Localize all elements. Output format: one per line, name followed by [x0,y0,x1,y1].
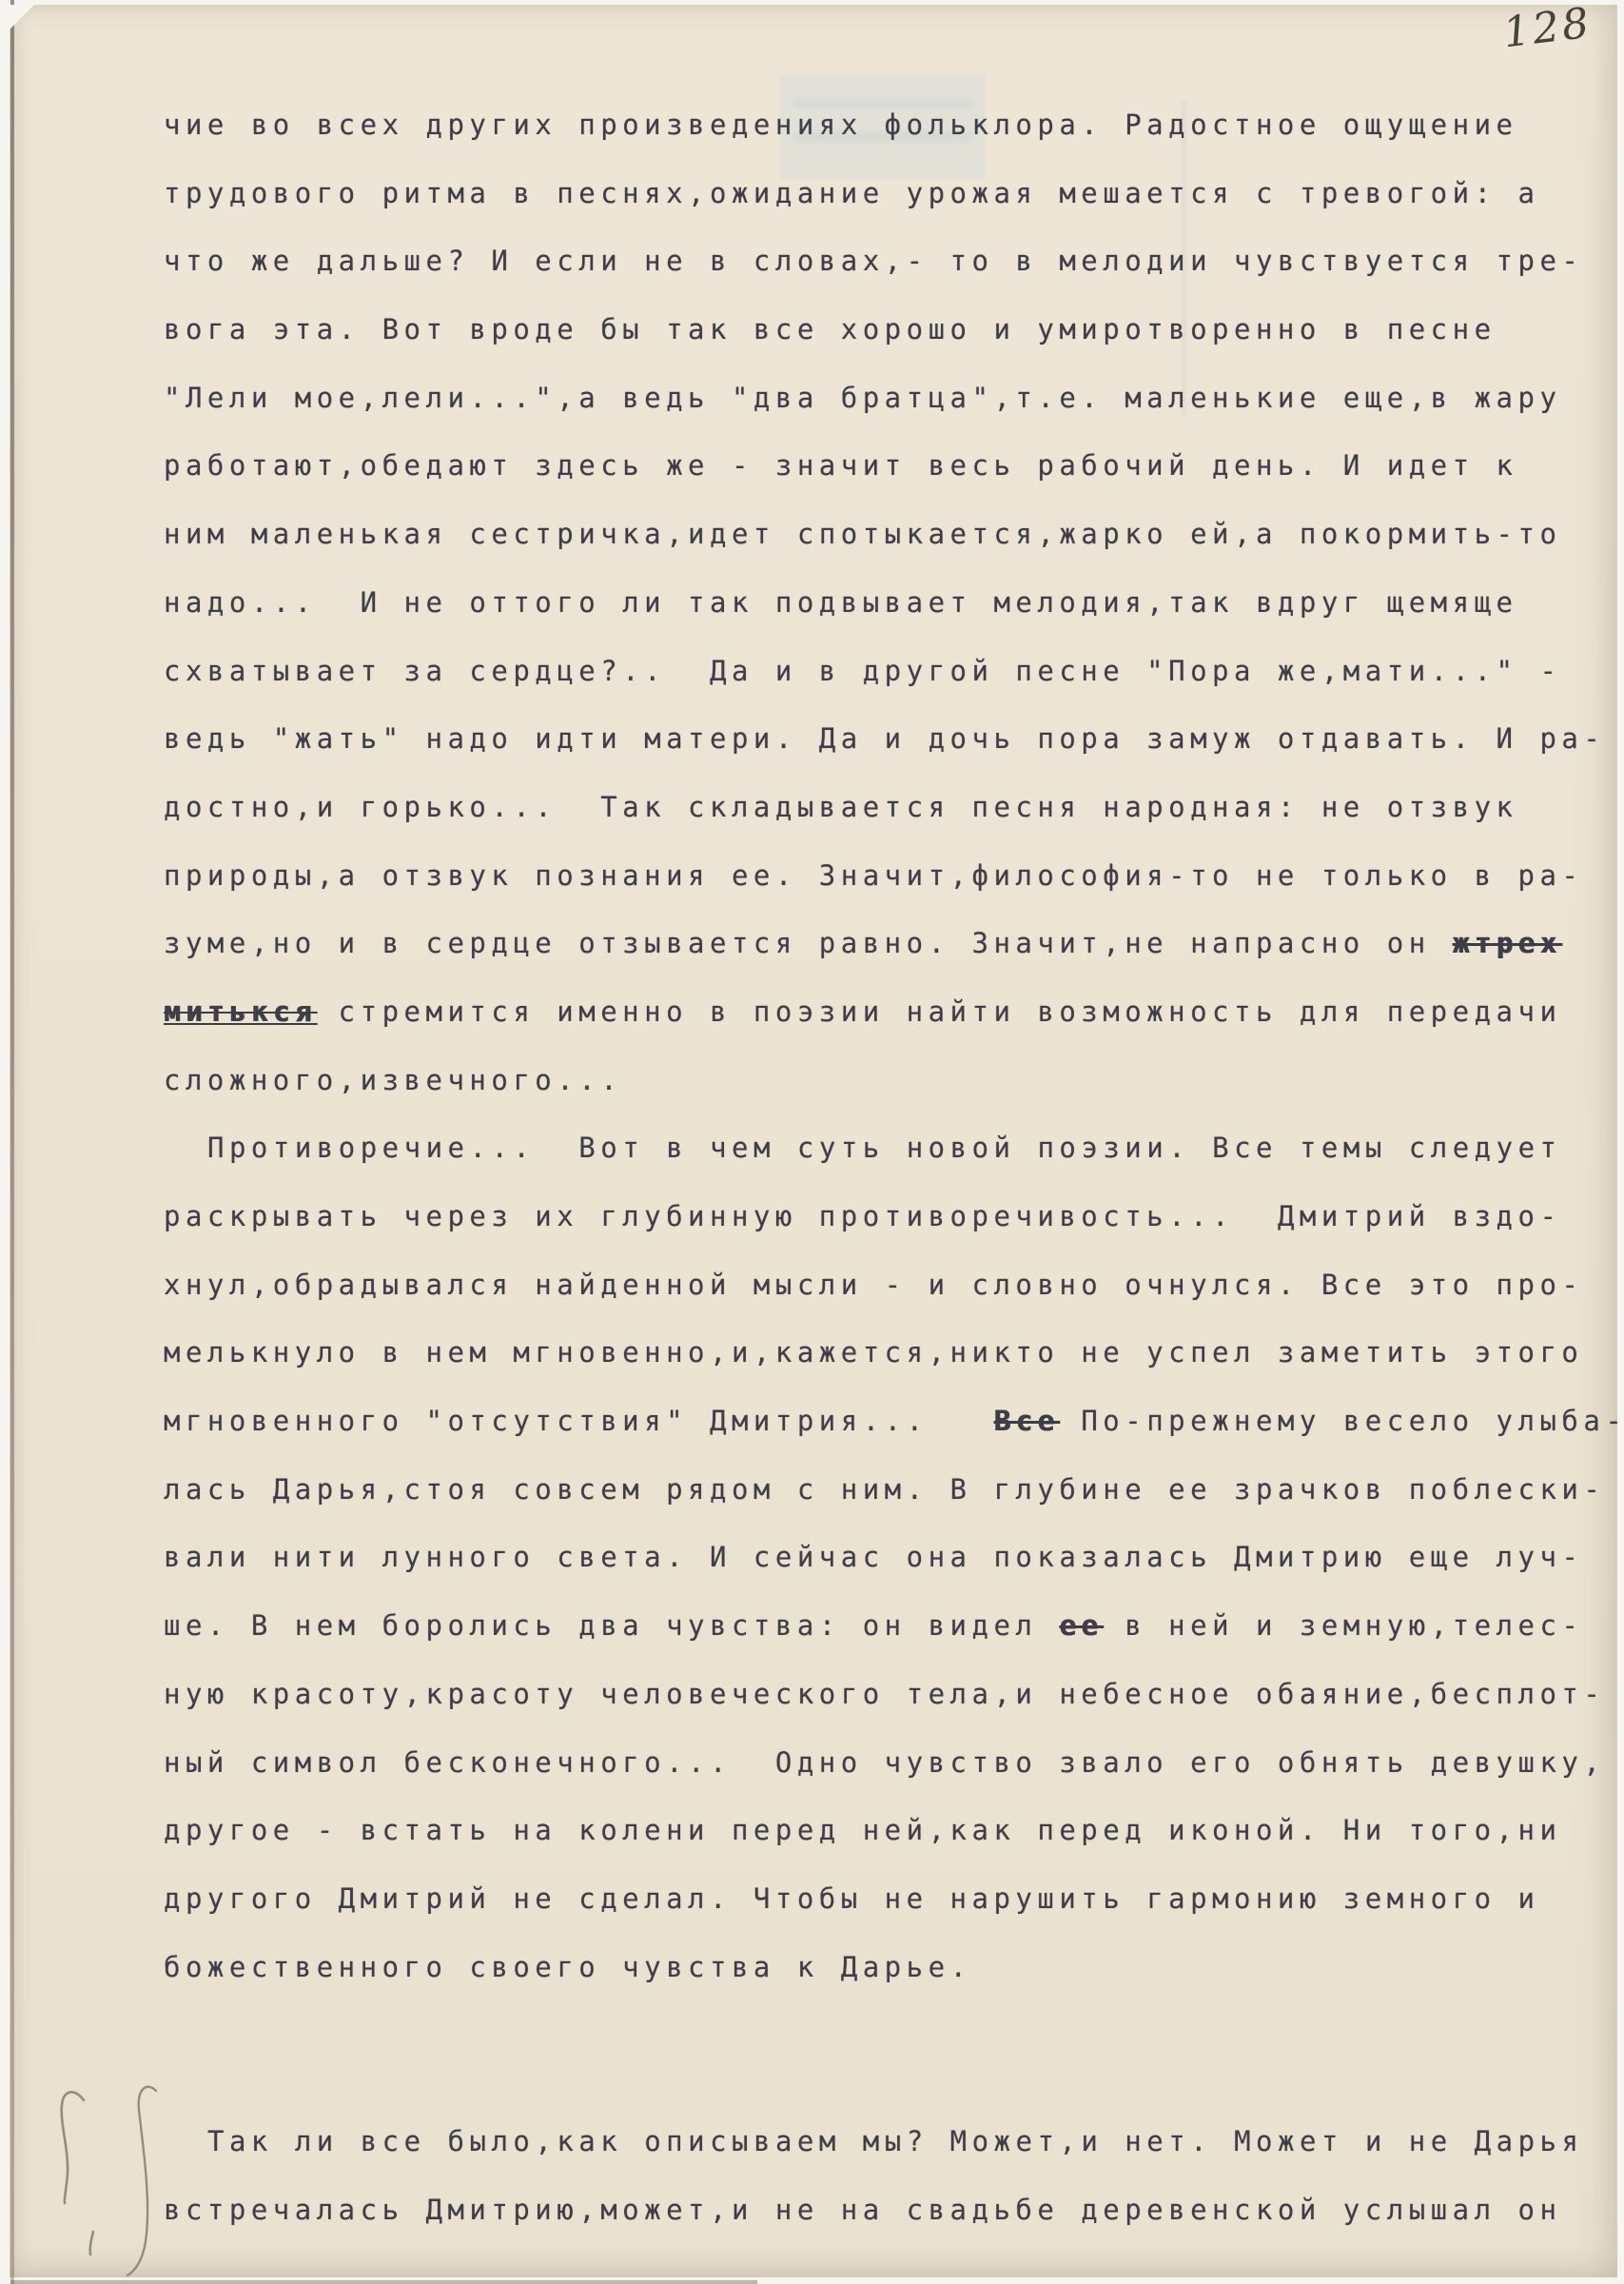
text-line: работают,обедают здесь же - значит весь … [164,432,1624,501]
text-line: сложного,извечного... [164,1047,1624,1115]
text-segment: Противоречие... Вот в чем суть новой поэ… [207,1132,1562,1164]
text-line: вали нити лунного света. И сейчас она по… [164,1524,1624,1592]
text-line: надо... И не оттого ли так подвывает мел… [164,569,1624,638]
text-line: ную красоту,красоту человеческого тела,и… [164,1661,1624,1729]
text-segment: лась Дарья,стоя совсем рядом с ним. В гл… [164,1473,1605,1506]
text-line: хнул,обрадывался найденной мысли - и сло… [164,1251,1624,1320]
scanned-page: { "annotations": { "page_number": "128" … [0,0,1624,2284]
text-line: встречалась Дмитрию,может,и не на свадьб… [164,2176,1624,2245]
text-segment: сложного,извечного... [164,1064,622,1096]
text-line: ше. В нем боролись два чувства: он видел… [164,1592,1624,1661]
document-body: чие во всех других произведениях фолькло… [164,91,1624,2245]
struck-word: митькся [164,995,317,1028]
text-line: достно,и горько... Так складывается песн… [164,774,1624,842]
struck-word: жтрех [1453,927,1562,959]
text-line: божественного своего чувства к Дарье. [164,1934,1624,2002]
scan-edge-left [10,0,14,2284]
struck-word: ее [1059,1609,1103,1642]
text-line: что же дальше? И если не в словах,- то в… [164,227,1624,296]
text-segment: ведь "жать" надо идти матери. Да и дочь … [164,722,1605,755]
text-segment: достно,и горько... Так складывается песн… [164,791,1518,823]
text-line: природы,а отзвук познания ее. Значит,фил… [164,842,1624,911]
text-segment: трудового ритма в песнях,ожидание урожая… [164,177,1539,209]
text-line: другое - встать на колени перед ней,как … [164,1797,1624,1865]
text-segment: раскрывать через их глубинную противореч… [164,1200,1561,1232]
text-line: Так ли все было,как описываем мы? Может,… [164,2108,1624,2176]
text-segment: ше. В нем боролись два чувства: он видел [164,1609,1059,1642]
text-segment: чие во всех других произведениях фолькло… [164,108,1518,141]
text-segment: стремится именно в поэзии найти возможно… [317,995,1562,1028]
text-line: мелькнуло в нем мгновенно,и,кажется,никт… [164,1319,1624,1388]
text-segment: ный символ бесконечного... Одно чувство … [164,1746,1605,1779]
text-line: лась Дарья,стоя совсем рядом с ним. В гл… [164,1456,1624,1525]
text-line: другого Дмитрий не сделал. Чтобы не нару… [164,1865,1624,1934]
text-line: ведь "жать" надо идти матери. Да и дочь … [164,705,1624,774]
text-segment: схватывает за сердце?.. Да и в другой пе… [164,655,1561,687]
paper-corner-cut [10,5,34,30]
text-segment: работают,обедают здесь же - значит весь … [164,449,1518,482]
pencil-margin-marks [55,2079,179,2284]
text-line: вога эта. Вот вроде бы так все хорошо и … [164,296,1624,364]
text-segment: хнул,обрадывался найденной мысли - и сло… [164,1269,1583,1301]
text-line: зуме,но и в сердце отзывается равно. Зна… [164,910,1624,978]
text-line: "Лели мое,лели...",а ведь "два братца",т… [164,364,1624,433]
text-segment: вали нити лунного света. И сейчас она по… [164,1541,1583,1573]
text-line: ный символ бесконечного... Одно чувство … [164,1729,1624,1798]
text-line: раскрывать через их глубинную противореч… [164,1183,1624,1251]
text-line: ним маленькая сестричка,идет спотыкается… [164,501,1624,569]
text-segment: По-прежнему весело улыба- [1059,1405,1624,1437]
text-line: мгновенного "отсутствия" Дмитрия... Все … [164,1388,1624,1456]
text-segment: надо... И не оттого ли так подвывает мел… [164,586,1518,619]
text-segment: божественного своего чувства к Дарье. [164,1951,972,1983]
text-segment: встречалась Дмитрию,может,и не на свадьб… [164,2194,1561,2226]
text-segment: зуме,но и в сердце отзывается равно. Зна… [164,927,1453,959]
text-line: схватывает за сердце?.. Да и в другой пе… [164,638,1624,706]
text-segment: другого Дмитрий не сделал. Чтобы не нару… [164,1882,1539,1915]
text-segment: вога эта. Вот вроде бы так все хорошо и … [164,313,1497,345]
text-segment: другое - встать на колени перед ней,как … [164,1814,1561,1846]
text-segment: ним маленькая сестричка,идет спотыкается… [164,518,1561,550]
text-line: чие во всех других произведениях фолькло… [164,91,1624,160]
text-segment: что же дальше? И если не в словах,- то в… [164,245,1583,277]
text-segment: ную красоту,красоту человеческого тела,и… [164,1678,1605,1710]
text-segment: в ней и земную,телес- [1103,1609,1583,1642]
text-segment: "Лели мое,лели...",а ведь "два братца",т… [164,382,1561,414]
text-line: трудового ритма в песнях,ожидание урожая… [164,160,1624,228]
text-segment: природы,а отзвук познания ее. Значит,фил… [164,859,1583,892]
text-segment: мгновенного "отсутствия" Дмитрия... [164,1405,993,1437]
text-line: Противоречие... Вот в чем суть новой поэ… [164,1114,1624,1183]
struck-word: Все [993,1405,1059,1437]
text-line: митькся стремится именно в поэзии найти … [164,978,1624,1047]
text-segment: Так ли все было,как описываем мы? Может,… [207,2125,1583,2157]
text-segment: мелькнуло в нем мгновенно,и,кажется,никт… [164,1336,1583,1368]
